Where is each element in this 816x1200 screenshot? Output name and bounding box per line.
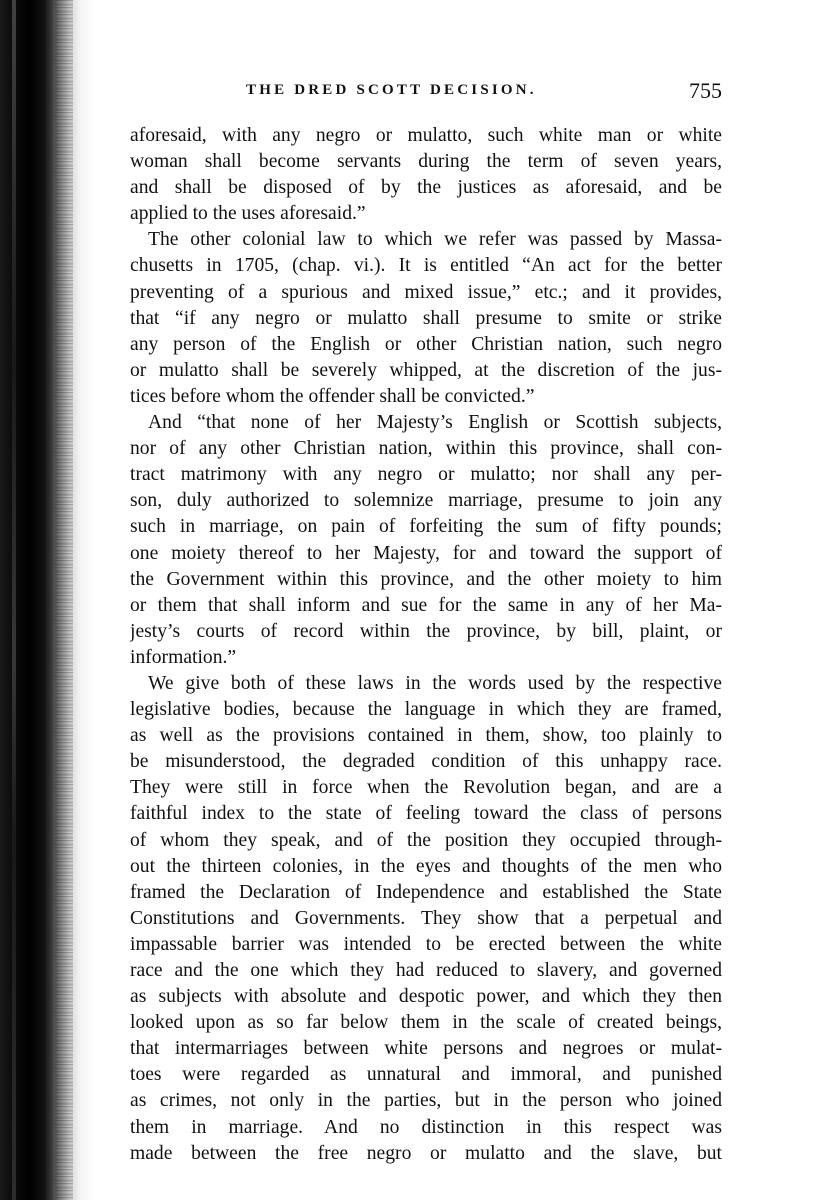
text-line: applied to the uses aforesaid.” [130,201,722,227]
text-line: the Government within this province, and… [130,567,722,593]
text-line: as well as the provisions contained in t… [130,723,722,749]
text-line: nor of any other Christian nation, withi… [130,436,722,462]
text-line: legislative bodies, because the language… [130,697,722,723]
text-line: or mulatto shall be severely whipped, at… [130,358,722,384]
paragraph: aforesaid, with any negro or mulatto, su… [130,123,722,227]
paragraph: We give both of these laws in the words … [130,671,722,1167]
book-page: THE DRED SCOTT DECISION. 755 aforesaid, … [130,78,722,1167]
text-line: that “if any negro or mulatto shall pres… [130,306,722,332]
text-line: aforesaid, with any negro or mulatto, su… [130,123,722,149]
text-line: looked upon as so far below them in the … [130,1010,722,1036]
text-line: faithful index to the state of feeling t… [130,801,722,827]
text-line: information.” [130,645,722,671]
text-line: as crimes, not only in the parties, but … [130,1088,722,1114]
text-line: chusetts in 1705, (chap. vi.). It is ent… [130,253,722,279]
text-line: woman shall become servants during the t… [130,149,722,175]
text-line: one moiety thereof to her Majesty, for a… [130,541,722,567]
text-line: tices before whom the offender shall be … [130,384,722,410]
running-head: THE DRED SCOTT DECISION. 755 [130,78,722,112]
text-line: The other colonial law to which we refer… [130,227,722,253]
text-line: impassable barrier was intended to be er… [130,932,722,958]
text-line: We give both of these laws in the words … [130,671,722,697]
text-line: out the thirteen colonies, in the eyes a… [130,854,722,880]
page-number: 755 [689,78,722,104]
text-line: or them that shall inform and sue for th… [130,593,722,619]
text-line: jesty’s courts of record within the prov… [130,619,722,645]
text-line: that intermarriages between white person… [130,1036,722,1062]
text-line: They were still in force when the Revolu… [130,775,722,801]
text-line: preventing of a spurious and mixed issue… [130,280,722,306]
paragraph: And “that none of her Majesty’s English … [130,410,722,671]
text-line: son, duly authorized to solemnize marria… [130,488,722,514]
body-text: aforesaid, with any negro or mulatto, su… [130,123,722,1167]
book-gutter-shadow [0,0,100,1200]
text-line: toes were regarded as unnatural and immo… [130,1062,722,1088]
text-line: tract matrimony with any negro or mulatt… [130,462,722,488]
text-line: Constitutions and Governments. They show… [130,906,722,932]
text-line: race and the one which they had reduced … [130,958,722,984]
text-line: and shall be disposed of by the justices… [130,175,722,201]
text-line: made between the free negro or mulatto a… [130,1141,722,1167]
text-line: framed the Declaration of Independence a… [130,880,722,906]
text-line: as subjects with absolute and despotic p… [130,984,722,1010]
paragraph: The other colonial law to which we refer… [130,227,722,410]
text-line: such in marriage, on pain of forfeiting … [130,514,722,540]
text-line: them in marriage. And no distinction in … [130,1115,722,1141]
text-line: be misunderstood, the degraded condition… [130,749,722,775]
running-title: THE DRED SCOTT DECISION. [246,82,537,99]
text-line: And “that none of her Majesty’s English … [130,410,722,436]
text-line: any person of the English or other Chris… [130,332,722,358]
text-line: of whom they speak, and of the position … [130,828,722,854]
